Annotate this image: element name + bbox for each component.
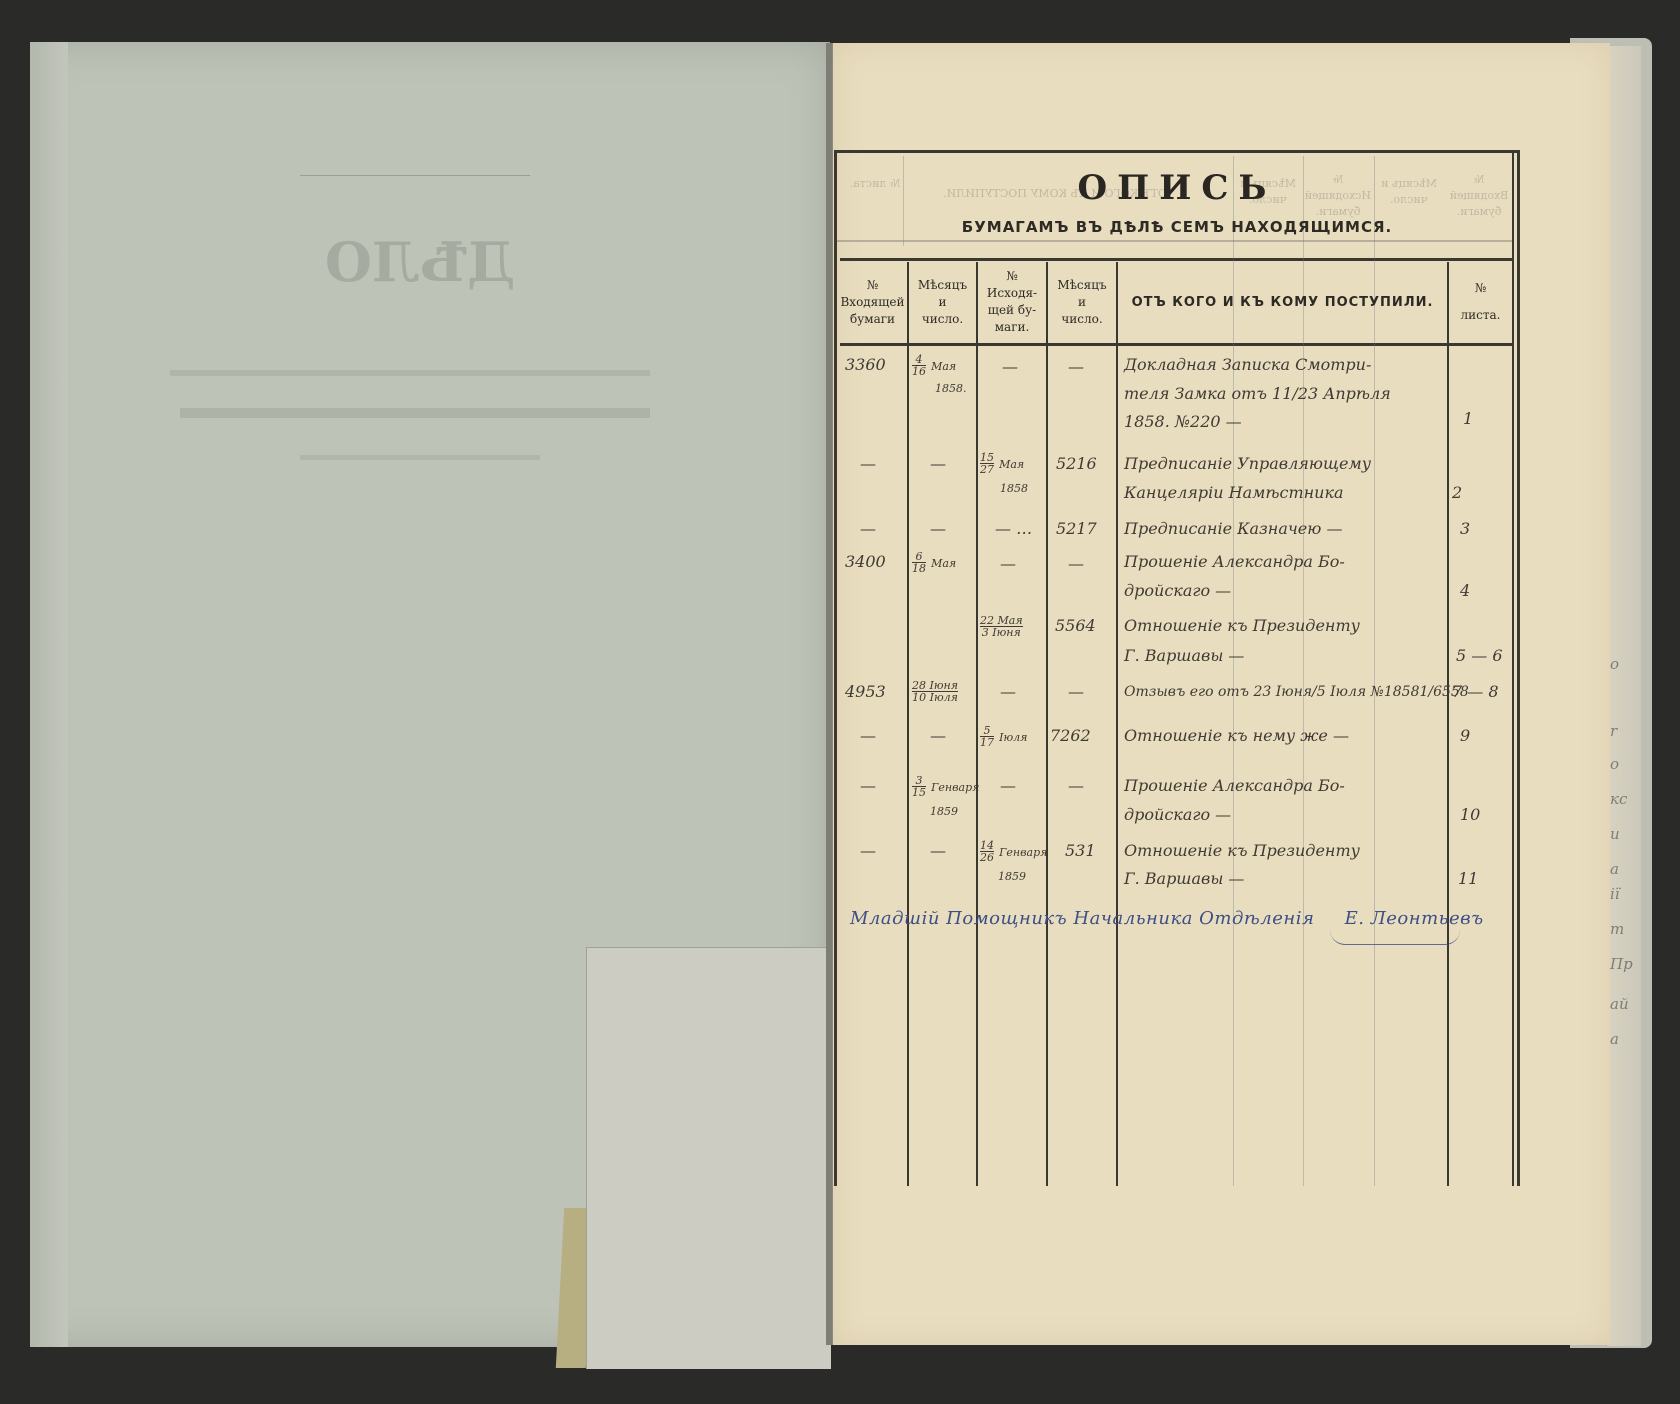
row1-sheet: 1 — [1463, 410, 1473, 428]
row7-in-date: — — [930, 727, 946, 745]
row9-out-month: Генваря — [999, 846, 1047, 859]
margin-fragment: u — [1610, 825, 1620, 843]
row5-from-to-line1: Отношеніе къ Президенту — [1124, 617, 1360, 635]
margin-fragment: m — [1610, 920, 1624, 938]
header-outgoing-date: Мѣсяцъ и число. — [1048, 262, 1116, 342]
header-top-rule — [840, 258, 1512, 261]
row1-in-date: 416 Мая — [912, 354, 956, 377]
header-line: № — [1475, 280, 1486, 297]
row8-in-no: — — [860, 777, 876, 795]
row5-out-date: 22 Мая3 Іюня — [980, 615, 1023, 638]
row9-out-year: 1859 — [998, 868, 1026, 886]
margin-fragment: a — [1610, 1030, 1619, 1048]
header-outgoing-no: № Исходя- щей бу- маги. — [978, 262, 1046, 342]
row9-from-to-line1: Отношеніе къ Президенту — [1124, 842, 1360, 860]
row6-from-to-line1: Отзывъ его отъ 23 Іюня/5 Іюля №18581/655… — [1124, 683, 1469, 701]
frac-den: 10 Іюля — [912, 692, 958, 703]
row9-out-date-frac: 1426 — [980, 840, 994, 863]
row3-in-no: — — [860, 520, 876, 538]
row8-sheet: 10 — [1460, 806, 1480, 824]
row1-from-to-line2: теля Замка отъ 11/23 Апрѣля — [1124, 385, 1391, 403]
row8-in-date: 315 Генваря — [912, 775, 979, 798]
row3-from-to-line1: Предписаніе Казначею — — [1124, 520, 1342, 538]
margin-fragment: Пр — [1610, 955, 1633, 973]
row6-in-no: 4953 — [845, 683, 886, 701]
row2-from-to-line1: Предписаніе Управляющему — [1124, 455, 1371, 473]
margin-fragment: r — [1610, 722, 1617, 740]
row3-in-date: — — [930, 520, 946, 538]
inserted-slip — [586, 947, 831, 1369]
margin-fragment: o — [1610, 755, 1619, 773]
row4-out-no: — — [1000, 555, 1016, 573]
row7-sheet: 9 — [1460, 727, 1470, 745]
header-line: число. — [1061, 311, 1102, 328]
frac-den: 17 — [980, 737, 994, 748]
inventory-subtitle: БУМАГАМЪ ВЪ ДѢЛѢ СЕМЪ НАХОДЯЩИМСЯ. — [834, 218, 1520, 236]
row8-out-date: — — [1068, 777, 1084, 795]
row4-out-date: — — [1068, 555, 1084, 573]
row8-in-year: 1859 — [930, 803, 958, 821]
row2-in-no: — — [860, 455, 876, 473]
row8-from-to-line1: Прошеніе Александра Бо- — [1124, 777, 1345, 795]
row9-out-no: 531 — [1065, 842, 1096, 860]
row8-in-date-frac: 315 — [912, 775, 926, 798]
row3-sheet: 3 — [1460, 520, 1470, 538]
cover-ghost-line-3 — [300, 455, 540, 460]
clerk-signature: Младшій Помощникъ Начальника Отдѣленія Е… — [850, 908, 1484, 929]
row9-from-to-line2: Г. Варшавы — — [1124, 870, 1244, 888]
signature-name: Е. Леонтьевъ — [1345, 908, 1484, 929]
header-line: Входящей — [840, 294, 904, 311]
header-line: листа. — [1461, 307, 1501, 324]
row7-from-to-line1: Отношеніе къ нему же — — [1124, 727, 1349, 745]
row8-out-no: — — [1000, 777, 1016, 795]
header-from-to: ОТЪ КОГО И КЪ КОМУ ПОСТУПИЛИ. — [1118, 262, 1447, 342]
row2-sheet: 2 — [1452, 484, 1462, 502]
binding-spine — [826, 43, 832, 1345]
margin-fragment: ії — [1610, 885, 1620, 903]
cover-ghost-line-2 — [180, 408, 650, 418]
frac-den: 16 — [912, 366, 926, 377]
column-rule-5 — [1447, 262, 1449, 1186]
row2-from-to-line2: Канцеляріи Намѣстника — [1124, 484, 1344, 502]
header-line: и — [939, 294, 947, 311]
table-right-double-rule — [1512, 150, 1514, 1186]
header-line: и — [1078, 294, 1086, 311]
margin-fragment: кс — [1610, 790, 1627, 808]
row5-from-to-line2: Г. Варшавы — — [1124, 647, 1244, 665]
header-incoming-date: Мѣсяцъ и число. — [909, 262, 976, 342]
header-sheet-no: № листа. — [1449, 262, 1512, 342]
row1-out-date: — — [1068, 358, 1084, 376]
row8-in-month: Генваря — [931, 781, 979, 794]
row1-out-no: — — [1002, 358, 1018, 376]
row9-in-no: — — [860, 842, 876, 860]
header-bottom-rule — [840, 343, 1512, 346]
row9-in-date: — — [930, 842, 946, 860]
row7-out-date: 517 Іюля — [980, 725, 1027, 748]
row4-from-to-line2: дройскаго — — [1124, 582, 1231, 600]
cover-rule — [300, 175, 530, 176]
header-line: щей бу- — [988, 302, 1036, 319]
row5-sheet: 5 — 6 — [1456, 647, 1503, 665]
row7-out-no: 7262 — [1050, 727, 1091, 745]
row2-in-date: — — [930, 455, 946, 473]
column-rule-1 — [907, 262, 909, 1186]
header-line: Мѣсяцъ — [918, 277, 967, 294]
signature-flourish — [1330, 930, 1460, 945]
frac-den: 15 — [912, 787, 926, 798]
frac-den: 3 Іюня — [980, 627, 1023, 638]
row6-in-date-frac: 28 Іюня10 Іюля — [912, 680, 958, 703]
row7-out-date-frac: 517 — [980, 725, 994, 748]
frac-den: 27 — [980, 464, 994, 475]
row7-in-no: — — [860, 727, 876, 745]
row5-out-no: 5564 — [1055, 617, 1096, 635]
row3-out-date: — … — [995, 520, 1032, 538]
page-stack-edges — [1606, 46, 1641, 1346]
header-line: число. — [922, 311, 963, 328]
title-box-bottom-rule — [837, 240, 1512, 242]
row7-out-month: Іюля — [999, 731, 1027, 744]
row4-sheet: 4 — [1460, 582, 1470, 600]
row2-out-no: 5216 — [1056, 455, 1097, 473]
row9-sheet: 11 — [1458, 870, 1478, 888]
row4-in-no: 3400 — [845, 553, 886, 571]
cover-ghost-title: ДѢЛО — [300, 230, 540, 294]
row2-out-year: 1858 — [1000, 480, 1028, 498]
row1-in-year: 1858. — [935, 380, 967, 398]
row6-out-no: — — [1000, 683, 1016, 701]
cover-fold-edge — [30, 42, 68, 1347]
frac-den: 26 — [980, 852, 994, 863]
row6-sheet: 7 — 8 — [1452, 683, 1499, 701]
row6-out-date: — — [1068, 683, 1084, 701]
column-rule-3 — [1046, 262, 1048, 1186]
signature-title: Младшій Помощникъ Начальника Отдѣленія — [850, 908, 1314, 929]
row9-out-date: 1426 Генваря — [980, 840, 1047, 863]
row4-in-date: 618 Мая — [912, 551, 956, 574]
header-line: бумаги — [850, 311, 895, 328]
column-rule-4 — [1116, 262, 1118, 1186]
header-line: № — [867, 277, 878, 294]
column-rule-2 — [976, 262, 978, 1186]
header-line: маги. — [995, 319, 1030, 336]
row1-in-no: 3360 — [845, 356, 886, 374]
row2-out-month: Мая — [999, 458, 1024, 471]
inventory-title: ОПИСЬ — [834, 168, 1520, 208]
row5-out-date-frac: 22 Мая3 Іюня — [980, 615, 1023, 638]
row1-in-date-frac: 416 — [912, 354, 926, 377]
cover-ghost-line-1 — [170, 370, 650, 376]
row4-in-date-frac: 618 — [912, 551, 926, 574]
row1-from-to-line3: 1858. №220 — — [1124, 413, 1242, 431]
margin-fragment: o — [1610, 655, 1619, 673]
row6-in-date: 28 Іюня10 Іюля — [912, 680, 958, 703]
header-line: Мѣсяцъ — [1057, 277, 1106, 294]
row4-from-to-line1: Прошеніе Александра Бо- — [1124, 553, 1345, 571]
header-line: № — [1006, 268, 1017, 285]
frac-den: 18 — [912, 563, 926, 574]
row1-in-month: Мая — [931, 360, 956, 373]
header-line: Исходя- — [987, 285, 1037, 302]
margin-fragment: ай — [1610, 995, 1629, 1013]
header-incoming-no: № Входящей бумаги — [838, 262, 907, 342]
row2-out-frac: 1527 — [980, 452, 994, 475]
row3-out-no: 5217 — [1056, 520, 1097, 538]
row4-in-month: Мая — [931, 557, 956, 570]
margin-fragment: a — [1610, 860, 1619, 878]
row8-from-to-line2: дройскаго — — [1124, 806, 1231, 824]
row2-out-date-block: 1527 Мая — [980, 452, 1024, 475]
header-line: ОТЪ КОГО И КЪ КОМУ ПОСТУПИЛИ. — [1132, 294, 1434, 311]
row1-from-to-line1: Докладная Записка Смотри- — [1124, 356, 1371, 374]
